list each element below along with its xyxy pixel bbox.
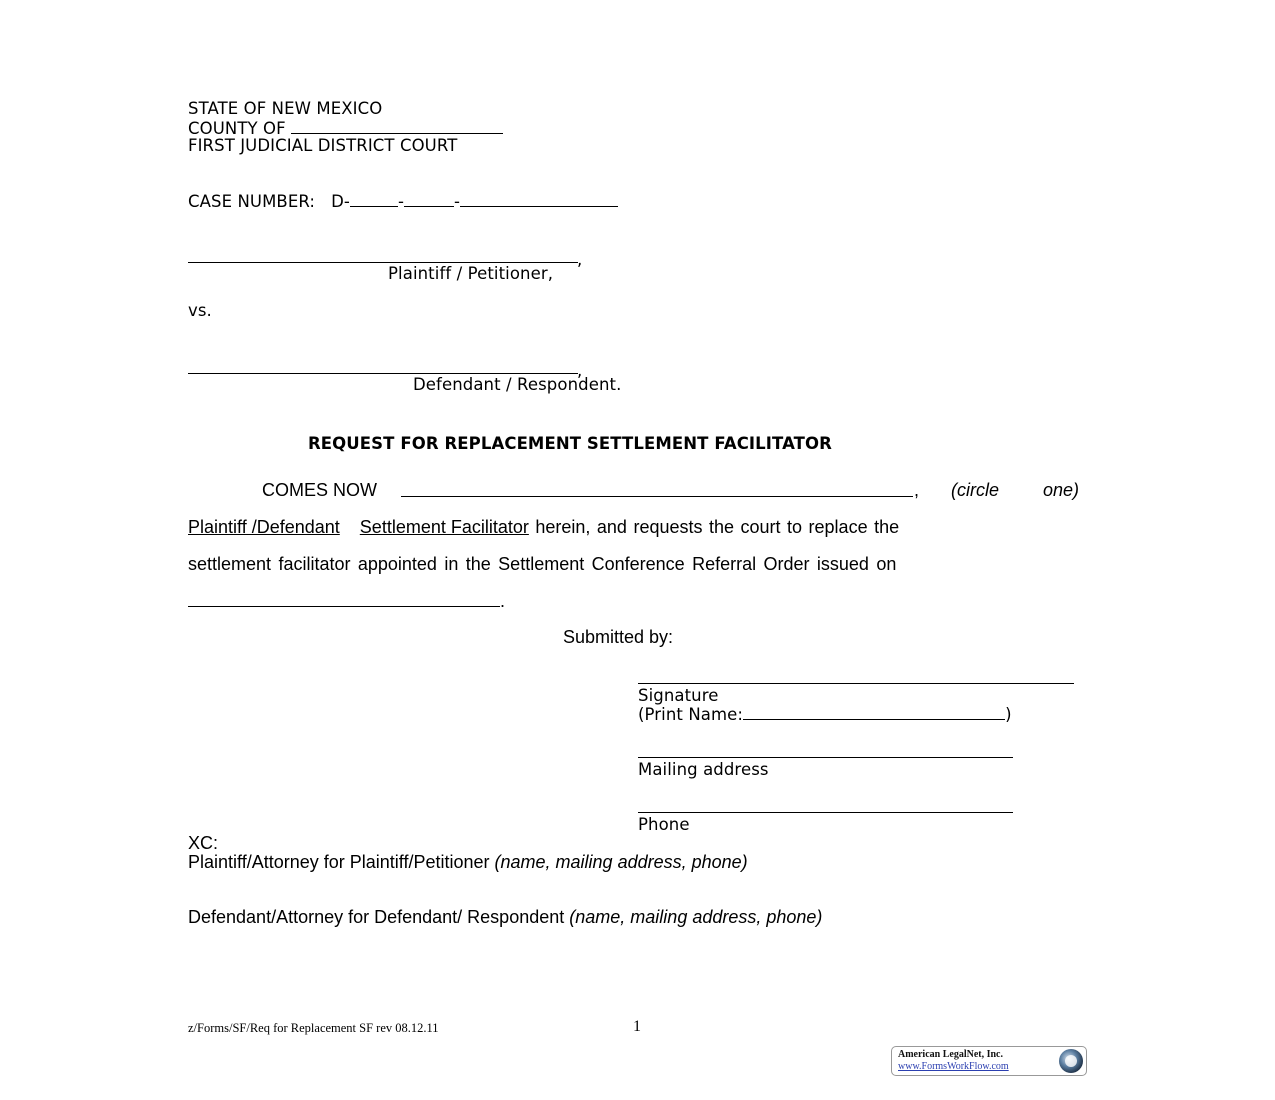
xc-defendant: Defendant/Attorney for Defendant/ Respon… [188, 907, 564, 927]
signature-label: Signature [638, 687, 719, 705]
circle-one-hint-1: (circle [951, 480, 999, 500]
court-heading: FIRST JUDICIAL DISTRICT COURT [188, 137, 457, 155]
globe-icon [1059, 1049, 1083, 1073]
document-page: STATE OF NEW MEXICO COUNTY OF FIRST JUDI… [0, 0, 1275, 1100]
order-date-field[interactable] [188, 606, 500, 607]
state-heading: STATE OF NEW MEXICO [188, 100, 382, 118]
case-number-field-2[interactable] [404, 192, 454, 207]
submitted-by-label: Submitted by: [563, 627, 673, 647]
print-name-line: (Print Name:) [638, 705, 1012, 724]
mailing-address-field[interactable] [638, 757, 1013, 758]
county-field[interactable] [291, 119, 503, 134]
plaintiff-label: Plaintiff / Petitioner, [388, 265, 553, 283]
defendant-name-field[interactable] [188, 373, 578, 374]
circle-one-hint-2: one) [1043, 480, 1079, 500]
phone-label: Phone [638, 816, 690, 834]
page-number: 1 [633, 1018, 641, 1036]
print-name-field[interactable] [743, 705, 1005, 720]
case-number-label: CASE NUMBER: [188, 192, 315, 211]
option-plaintiff-defendant[interactable]: Plaintiff /Defendant [188, 517, 340, 537]
comes-now-name-field[interactable] [401, 496, 913, 497]
signature-field[interactable] [638, 683, 1074, 684]
phone-field[interactable] [638, 812, 1013, 813]
print-name-label: (Print Name: [638, 705, 743, 724]
xc-plaintiff-note: (name, mailing address, phone) [495, 852, 748, 872]
order-date-period: . [500, 591, 505, 611]
body-line-2: Plaintiff /Defendant Settlement Facilita… [188, 517, 899, 537]
body-line-3: settlement facilitator appointed in the … [188, 554, 896, 574]
logo-company-name: American LegalNet, Inc. [898, 1049, 1003, 1060]
case-number-field-1[interactable] [350, 192, 398, 207]
logo-url-link[interactable]: www.FormsWorkFlow.com [898, 1061, 1009, 1072]
comes-now-label: COMES NOW [262, 480, 377, 500]
case-prefix: D- [331, 192, 350, 211]
plaintiff-comma: , [577, 251, 582, 269]
comes-now-comma: , [914, 480, 919, 500]
case-number-field-3[interactable] [460, 192, 618, 207]
case-number-line: CASE NUMBER: D--- [188, 192, 618, 211]
xc-label: XC: [188, 833, 218, 853]
xc-defendant-note: (name, mailing address, phone) [569, 907, 822, 927]
xc-defendant-line: Defendant/Attorney for Defendant/ Respon… [188, 907, 822, 927]
defendant-label: Defendant / Respondent. [413, 376, 621, 394]
xc-plaintiff: Plaintiff/Attorney for Plaintiff/Petitio… [188, 852, 490, 872]
plaintiff-name-field[interactable] [188, 262, 578, 263]
option-settlement-facilitator[interactable]: Settlement Facilitator [360, 517, 529, 537]
body-line-2-text: herein, and requests the court to replac… [529, 517, 899, 537]
american-legalnet-logo[interactable]: American LegalNet, Inc. www.FormsWorkFlo… [891, 1046, 1087, 1076]
footer-path: z/Forms/SF/Req for Replacement SF rev 08… [188, 1021, 439, 1036]
print-name-close: ) [1005, 705, 1012, 724]
xc-plaintiff-line: Plaintiff/Attorney for Plaintiff/Petitio… [188, 852, 748, 872]
mailing-address-label: Mailing address [638, 761, 769, 779]
document-title: REQUEST FOR REPLACEMENT SETTLEMENT FACIL… [308, 435, 832, 453]
versus-label: vs. [188, 302, 212, 320]
